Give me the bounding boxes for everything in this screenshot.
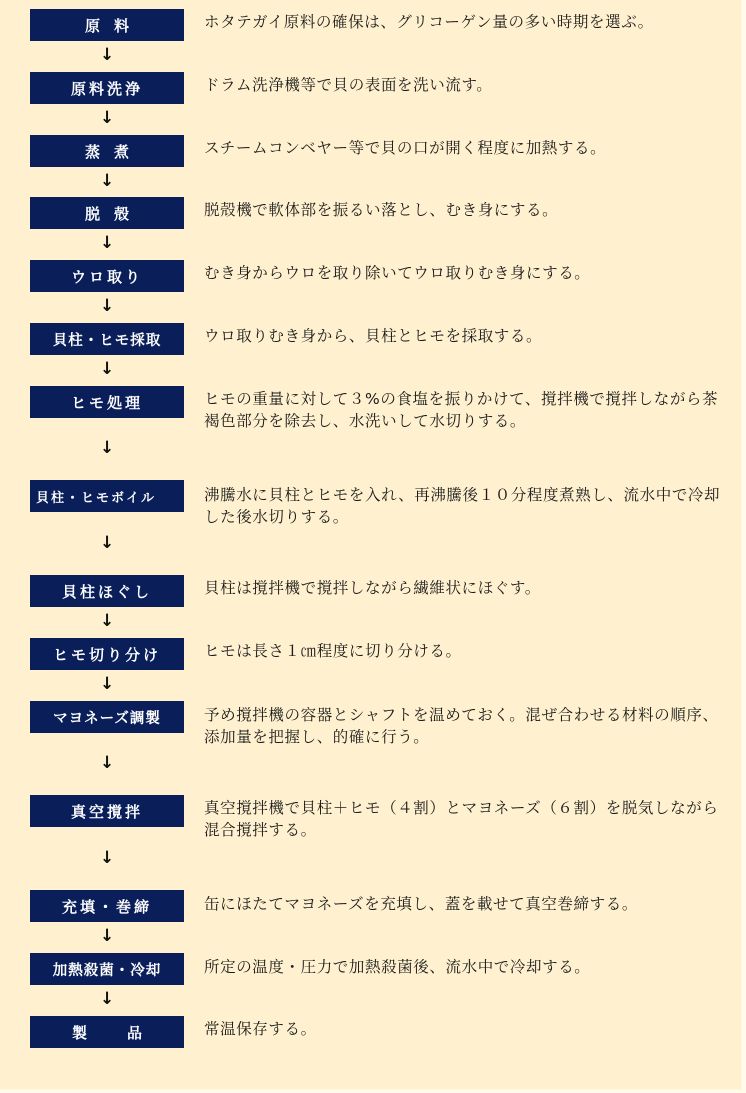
step-box-vacuum-mixing: 真空撹拌: [30, 795, 184, 827]
step-description: 脱殻機で軟体部を振るい落とし、むき身にする。: [204, 199, 734, 221]
step-description: 貝柱は撹拌機で撹拌しながら繊維状にほぐす。: [204, 577, 734, 599]
step-description: ヒモは長さ１㎝程度に切り分ける。: [204, 640, 734, 662]
step-box-adductor-shredding: 貝柱ほぐし: [30, 575, 184, 607]
down-arrow-icon: ↓: [100, 171, 114, 191]
down-arrow-icon: ↓: [100, 438, 114, 458]
step-description: ウロ取りむき身から、貝柱とヒモを採取する。: [204, 325, 734, 347]
step-box-raw-material: 原料: [30, 9, 184, 41]
down-arrow-icon: ↓: [100, 611, 114, 631]
down-arrow-icon: ↓: [100, 753, 114, 773]
step-box-mantle-treatment: ヒモ処理: [30, 386, 184, 418]
down-arrow-icon: ↓: [100, 233, 114, 253]
step-box-mayonnaise-preparation: マヨネーズ調製: [30, 701, 184, 733]
down-arrow-icon: ↓: [100, 848, 114, 868]
step-box-product: 製品: [30, 1016, 184, 1048]
step-description: 真空撹拌機で貝柱＋ヒモ（４割）とマヨネーズ（６割）を脱気しながら混合撹拌する。: [204, 797, 734, 841]
step-description: ドラム洗浄機等で貝の表面を洗い流す。: [204, 74, 734, 96]
step-description: 予め撹拌機の容器とシャフトを温めておく。混ぜ合わせる材料の順序、添加量を把握し、…: [204, 704, 734, 748]
down-arrow-icon: ↓: [100, 674, 114, 694]
down-arrow-icon: ↓: [100, 533, 114, 553]
step-box-uro-removal: ウロ取り: [30, 260, 184, 292]
step-description: ホタテガイ原料の確保は、グリコーゲン量の多い時期を選ぶ。: [204, 11, 734, 33]
step-box-washing: 原料洗浄: [30, 72, 184, 104]
step-box-steaming: 蒸煮: [30, 135, 184, 167]
step-description: 常温保存する。: [204, 1018, 734, 1040]
down-arrow-icon: ↓: [100, 926, 114, 946]
step-description: ヒモの重量に対して３%の食塩を振りかけて、撹拌機で撹拌しながら茶褐色部分を除去し…: [204, 388, 734, 432]
down-arrow-icon: ↓: [100, 359, 114, 379]
down-arrow-icon: ↓: [100, 108, 114, 128]
down-arrow-icon: ↓: [100, 989, 114, 1009]
step-box-sterilization-cooling: 加熱殺菌・冷却: [30, 953, 184, 985]
step-description: 所定の温度・圧力で加熱殺菌後、流水中で冷却する。: [204, 956, 734, 978]
down-arrow-icon: ↓: [100, 45, 114, 65]
step-description: 缶にほたてマヨネーズを充填し、蓋を載せて真空巻締する。: [204, 893, 734, 915]
step-box-boiling: 貝柱・ヒモボイル: [30, 480, 184, 512]
step-description: むき身からウロを取り除いてウロ取りむき身にする。: [204, 262, 734, 284]
step-box-mantle-cutting: ヒモ切り分け: [30, 638, 184, 670]
flowchart-panel: 原料 ホタテガイ原料の確保は、グリコーゲン量の多い時期を選ぶ。 ↓ 原料洗浄 ド…: [0, 0, 742, 1090]
step-description: スチームコンベヤー等で貝の口が開く程度に加熱する。: [204, 137, 734, 159]
down-arrow-icon: ↓: [100, 296, 114, 316]
step-box-adductor-mantle-collection: 貝柱・ヒモ採取: [30, 323, 184, 355]
step-description: 沸騰水に貝柱とヒモを入れ、再沸騰後１０分程度煮熟し、流水中で冷却した後水切りする…: [204, 484, 734, 528]
step-box-filling-seaming: 充填・巻締: [30, 890, 184, 922]
step-box-shelling: 脱殻: [30, 197, 184, 229]
